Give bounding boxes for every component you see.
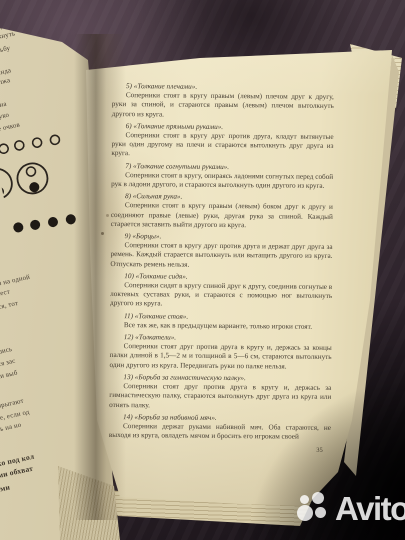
game-item-body: Соперники стоят в кругу, опираясь ладоня…	[111, 171, 333, 191]
left-page-text-fragment: это удастся, тот	[0, 300, 19, 317]
game-item: 13) «Борьба за гимнастическую палку». Со…	[109, 373, 331, 412]
game-item: 10) «Толкание сидя». Соперники сидят в к…	[110, 272, 332, 311]
game-item-body: Все так же, как в предыдущем варианте, т…	[110, 321, 332, 332]
game-item-body: Соперники стоят в кругу правым (левым) б…	[111, 201, 333, 231]
game-item-body: Соперники стоят в кругу правым (левым) п…	[112, 91, 334, 121]
game-item: 12) «Толкатели». Соперники стоят друг пр…	[109, 333, 331, 372]
page-number: 35	[109, 444, 331, 455]
left-page-text-fragment: ова встать на но	[0, 422, 22, 439]
open-players-row	[0, 133, 60, 156]
duel-circles-row	[0, 159, 50, 204]
game-item: 5) «Толкание плечами». Соперники стоят в…	[112, 82, 334, 121]
game-item-body: Соперники держат руками набивной мяч. Об…	[109, 422, 331, 442]
avito-watermark-text: Avito	[335, 492, 405, 525]
filled-players-row	[12, 210, 76, 236]
paper-speck	[106, 214, 109, 217]
left-page-text-fragment: кончили борьбу	[0, 45, 11, 62]
game-item: 6) «Толкание прямыми руками». Соперники …	[111, 122, 333, 161]
game-item-body: Соперники стоят друг против друга в круг…	[109, 382, 331, 412]
avito-logo-icon	[297, 492, 331, 525]
game-item: 14) «Борьба за набивной мяч». Соперники …	[109, 413, 331, 443]
game-item: 8) «Сильная рука». Соперники стоят в кру…	[111, 192, 333, 231]
game-item: 9) «Борцы». Соперники стоят в кругу друг…	[110, 232, 332, 271]
left-page-text-fragment: бе ноги или выб	[0, 370, 18, 387]
left-page-text-fragment: борьба продолжа	[0, 77, 11, 95]
game-item: 11) «Толкание стоя». Все так же, как в п…	[110, 312, 332, 332]
game-item: 7) «Толкание согнутыми руками». Соперник…	[111, 162, 333, 192]
game-item-body: Соперники стоят в кругу друг против друг…	[110, 241, 332, 271]
avito-watermark: Avito	[297, 492, 405, 525]
paper-speck	[101, 232, 104, 235]
left-page-text-fragment: концами	[0, 482, 11, 497]
book-photo: ется по команде тараются вытолкнуть конч…	[0, 0, 405, 540]
game-item-body: Соперники сидят в кругу спиной друг к др…	[110, 281, 332, 311]
games-list: 5) «Толкание плечами». Соперники стоят в…	[109, 82, 334, 455]
game-item-body: Соперники стоят в кругу друг против друг…	[111, 131, 333, 161]
game-item-body: Соперники стоят друг против друга в круг…	[109, 342, 331, 372]
